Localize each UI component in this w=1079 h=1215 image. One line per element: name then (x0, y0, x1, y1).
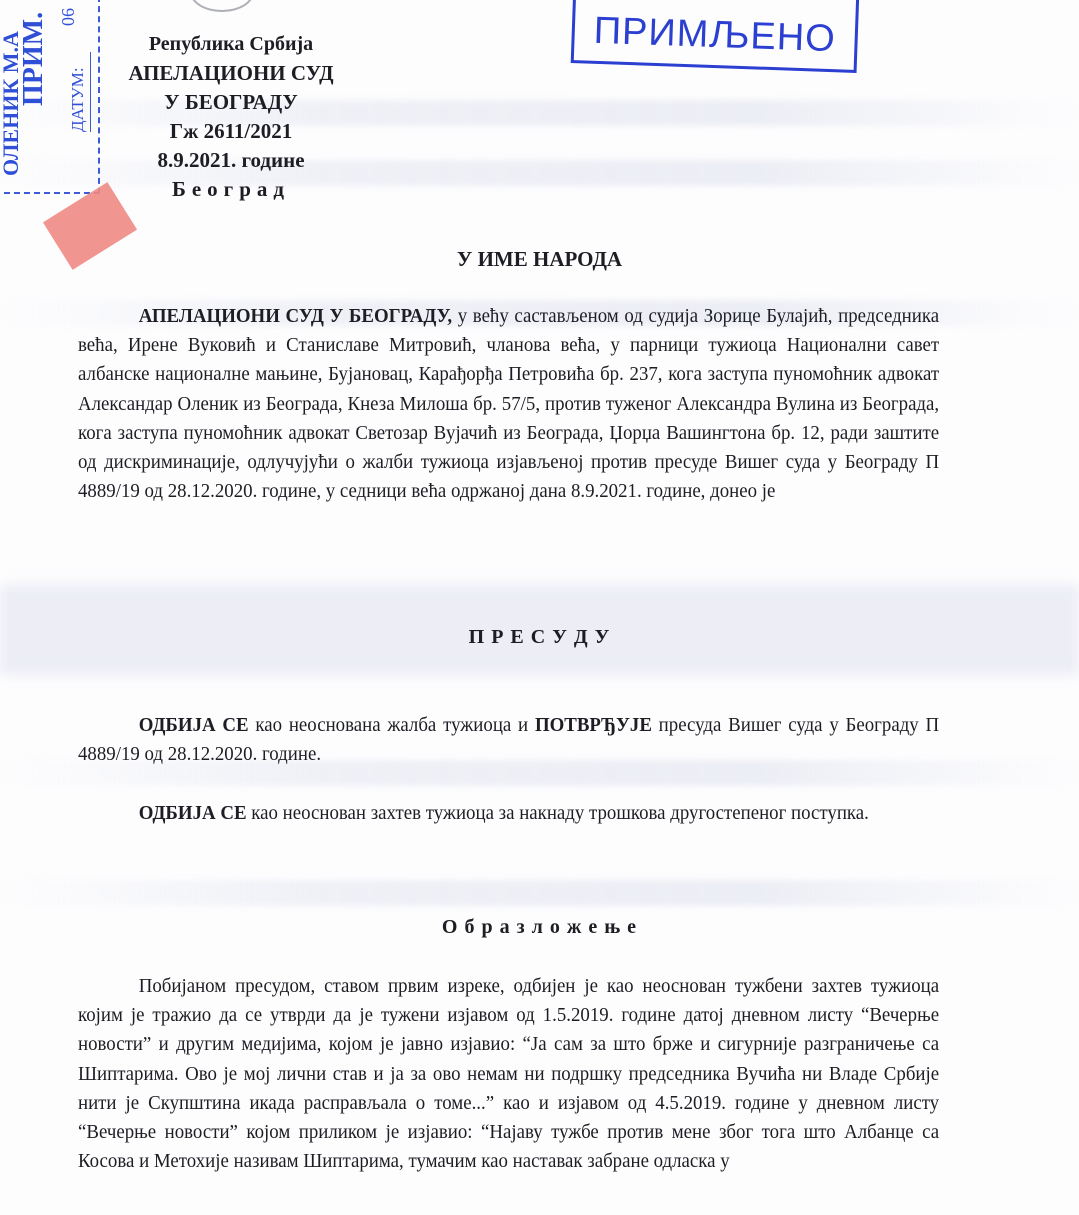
reasoning-text: Побијаном пресудом, ставом првим изреке,… (78, 975, 939, 1172)
intro-paragraph: АПЕЛАЦИОНИ СУД У БЕОГРАДУ, у већу састав… (78, 302, 939, 506)
ruling-2-bold: ОДБИЈА СЕ (139, 802, 247, 824)
case-number: Гж 2611/2021 (96, 117, 366, 146)
intro-text: у већу састављеном од судија Зорице Була… (78, 305, 939, 502)
stamp-date-label: ДАТУМ: (68, 52, 91, 132)
stamp-received: ПРИМ. (18, 0, 50, 106)
stamp-top-text: ПРИМЉЕНО (593, 10, 837, 61)
document-date: 8.9.2021. године (96, 146, 366, 175)
document-page: ОЛЕНИК М.А ПРИМ. 06 ДАТУМ: ПРИМЉЕНО Репу… (0, 0, 1079, 1215)
verdict-title: П Р Е С У Д У (0, 626, 1079, 649)
ruling-2-text: као неоснован захтев тужиоца за накнаду … (247, 802, 869, 824)
ruling-paragraph-2: ОДБИЈА СЕ као неоснован захтев тужиоца з… (78, 799, 939, 828)
court-name: АПЕЛАЦИОНИ СУД (96, 59, 366, 88)
received-stamp-top: ПРИМЉЕНО (571, 0, 860, 73)
ruling-1-text: као неоснована жалба тужиоца и (249, 714, 535, 736)
title-in-name-of-people: У ИМЕ НАРОДА (0, 247, 1079, 272)
reasoning-paragraph: Побијаном пресудом, ставом првим изреке,… (78, 972, 939, 1176)
intro-court-bold: АПЕЛАЦИОНИ СУД У БЕОГРАДУ, (139, 305, 452, 327)
coat-of-arms-seal (190, 0, 254, 12)
ruling-paragraph-1: ОДБИЈА СЕ као неоснована жалба тужиоца и… (78, 711, 939, 769)
ruling-1-bold: ОДБИЈА СЕ (139, 714, 249, 736)
bleed-through (0, 880, 1079, 906)
reasoning-title: О б р а з л о ж е њ е (0, 916, 1079, 939)
ruling-1-bold-2: ПОТВРЂУЈЕ (535, 714, 652, 736)
document-place: Београд (96, 175, 366, 204)
court-city: У БЕОГРАДУ (96, 88, 366, 117)
country-name: Република Србија (96, 30, 366, 59)
received-stamp-left: ОЛЕНИК М.А ПРИМ. 06 ДАТУМ: (0, 0, 100, 194)
stamp-number: 06 (58, 0, 79, 26)
court-header: Република Србија АПЕЛАЦИОНИ СУД У БЕОГРА… (96, 30, 366, 204)
